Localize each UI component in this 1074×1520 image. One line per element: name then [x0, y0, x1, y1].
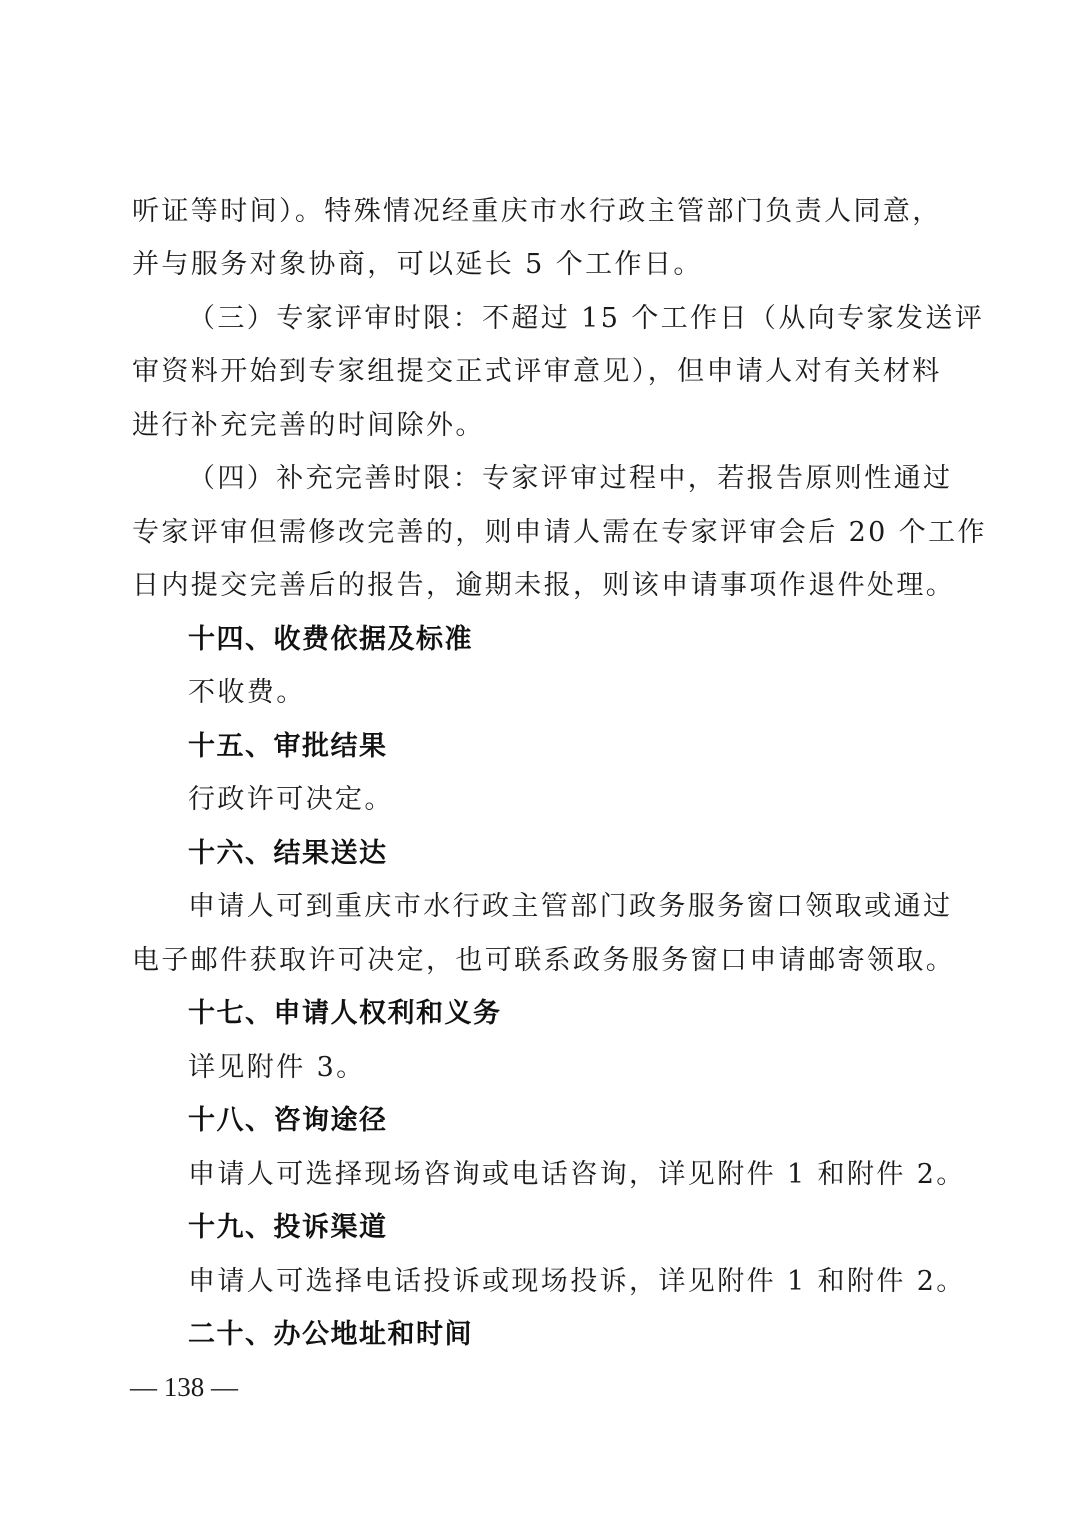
heading-applicant-rights: 十七、申请人权利和义务 — [188, 996, 1008, 1032]
body-line: 电子邮件获取许可决定，也可联系政务服务窗口申请邮寄领取。 — [132, 943, 952, 979]
heading-result-delivery: 十六、结果送达 — [188, 836, 1008, 872]
body-line: 不收费。 — [188, 675, 1008, 711]
body-line: 听证等时间）。特殊情况经重庆市水行政主管部门负责人同意， — [132, 194, 952, 230]
section-4-supplement-limit: （四）补充完善时限：专家评审过程中，若报告原则性通过 — [188, 461, 1008, 497]
body-line: 行政许可决定。 — [188, 782, 1008, 818]
body-line: 专家评审但需修改完善的，则申请人需在专家评审会后 20 个工作 — [132, 515, 952, 551]
body-line: 审资料开始到专家组提交正式评审意见），但申请人对有关材料 — [132, 354, 952, 390]
heading-approval-result: 十五、审批结果 — [188, 729, 1008, 765]
page-number: — 138 — — [130, 1372, 238, 1403]
body-line: 申请人可到重庆市水行政主管部门政务服务窗口领取或通过 — [188, 889, 1008, 925]
body-line: 申请人可选择电话投诉或现场投诉，详见附件 1 和附件 2。 — [188, 1264, 1008, 1300]
document-page: 听证等时间）。特殊情况经重庆市水行政主管部门负责人同意， 并与服务对象协商，可以… — [0, 0, 1074, 1520]
body-line: 进行补充完善的时间除外。 — [132, 408, 952, 444]
body-line: 详见附件 3。 — [188, 1050, 1008, 1086]
heading-complaint-channel: 十九、投诉渠道 — [188, 1210, 1008, 1246]
section-3-expert-review-limit: （三）专家评审时限：不超过 15 个工作日（从向专家发送评 — [188, 301, 1008, 337]
heading-office-address-time: 二十、办公地址和时间 — [188, 1317, 1008, 1353]
heading-fee-basis: 十四、收费依据及标准 — [188, 622, 1008, 658]
body-line: 申请人可选择现场咨询或电话咨询，详见附件 1 和附件 2。 — [188, 1157, 1008, 1193]
body-line: 日内提交完善后的报告，逾期未报，则该申请事项作退件处理。 — [132, 568, 952, 604]
body-line: 并与服务对象协商，可以延长 5 个工作日。 — [132, 247, 952, 283]
heading-consultation: 十八、咨询途径 — [188, 1103, 1008, 1139]
